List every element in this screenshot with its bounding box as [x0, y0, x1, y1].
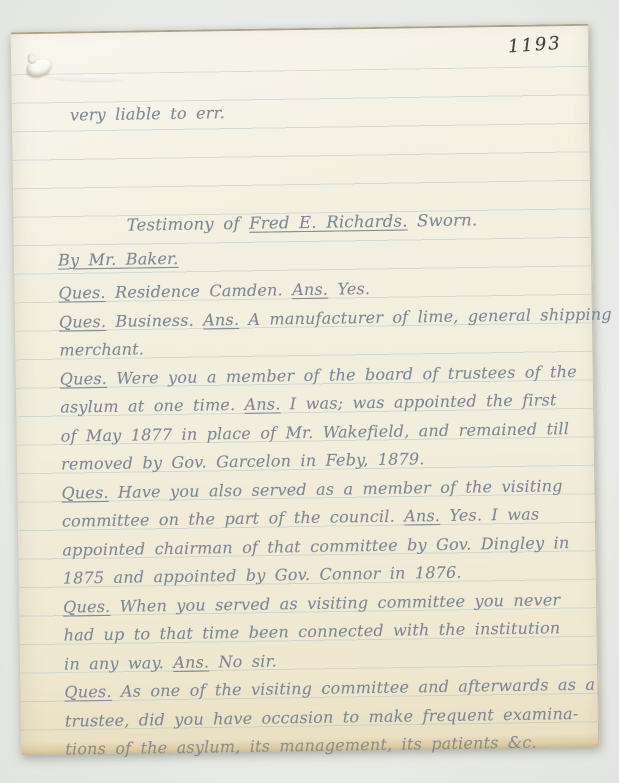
handwriting-segment: I was; was appointed the first: [280, 390, 556, 413]
paper-crease: [45, 74, 123, 84]
witness-name: Fred E. Richards.: [249, 211, 408, 232]
qa-marker: Ques.: [58, 283, 105, 303]
qa-marker: Ans.: [292, 280, 328, 300]
qa-marker: Ans.: [203, 309, 239, 329]
body-lines: Ques. Residence Camden. Ans. Yes.Ques. B…: [58, 272, 590, 764]
qa-marker: Ques.: [60, 368, 107, 388]
qa-marker: Ans.: [173, 652, 209, 672]
handwriting-segment: When you served as visiting committee yo…: [110, 590, 560, 616]
handwriting-segment: Were you a member of the board of truste…: [107, 361, 577, 387]
handwriting-segment: appointed chairman of that committee by …: [62, 533, 569, 560]
testimony-title: Testimony of Fred E. Richards. Sworn.: [13, 209, 590, 237]
handwriting-segment: Business.: [106, 310, 203, 330]
handwriting-segment: had up to that time been connected with …: [63, 618, 560, 644]
handwriting-segment: 1875 and appointed by Gov. Connor in 187…: [63, 563, 462, 588]
handwriting-segment: Have you also served as a member of the …: [109, 476, 563, 502]
qa-marker: Ans.: [244, 394, 280, 414]
handwriting-segment: Yes.: [328, 279, 370, 299]
handwriting-segment: merchant.: [59, 339, 144, 359]
handwriting-segment: Residence Camden.: [106, 280, 293, 302]
handwriting-segment: A manufacturer of lime, general shipping: [239, 304, 612, 329]
handwriting-segment: of May 1877 in place of Mr. Wakefield, a…: [61, 419, 570, 446]
qa-marker: Ques.: [64, 682, 111, 702]
handwriting-segment: tions of the asylum, its management, its…: [65, 733, 537, 759]
page-number: 1193: [507, 33, 562, 58]
handwriting-segment: Yes. I was: [440, 505, 539, 525]
handwriting-segment: trustee, did you have occasion to make f…: [65, 703, 579, 730]
handwriting-segment: As one of the visiting committee and aft…: [112, 675, 596, 701]
handwriting-segment: No sir.: [209, 651, 277, 671]
carryover-line: very liable to err.: [70, 103, 225, 124]
qa-marker: Ques.: [59, 311, 106, 331]
examiner-line: By Mr. Baker.: [58, 249, 179, 270]
handwriting-segment: asylum at one time.: [60, 395, 245, 417]
handwriting-segment: removed by Gov. Garcelon in Feby, 1879.: [61, 449, 425, 473]
qa-marker: Ques.: [61, 482, 108, 502]
qa-marker: Ques.: [63, 596, 110, 616]
qa-marker: Ans.: [404, 506, 440, 526]
handwriting-segment: in any way.: [64, 652, 173, 673]
handwriting-segment: committee on the part of the council.: [62, 507, 405, 531]
title-suffix: Sworn.: [407, 210, 477, 230]
title-prefix: Testimony of: [127, 214, 250, 235]
scan-background: 1193 very liable to err. Testimony of Fr…: [0, 0, 619, 783]
paper-sheet: 1193 very liable to err. Testimony of Fr…: [11, 24, 600, 755]
